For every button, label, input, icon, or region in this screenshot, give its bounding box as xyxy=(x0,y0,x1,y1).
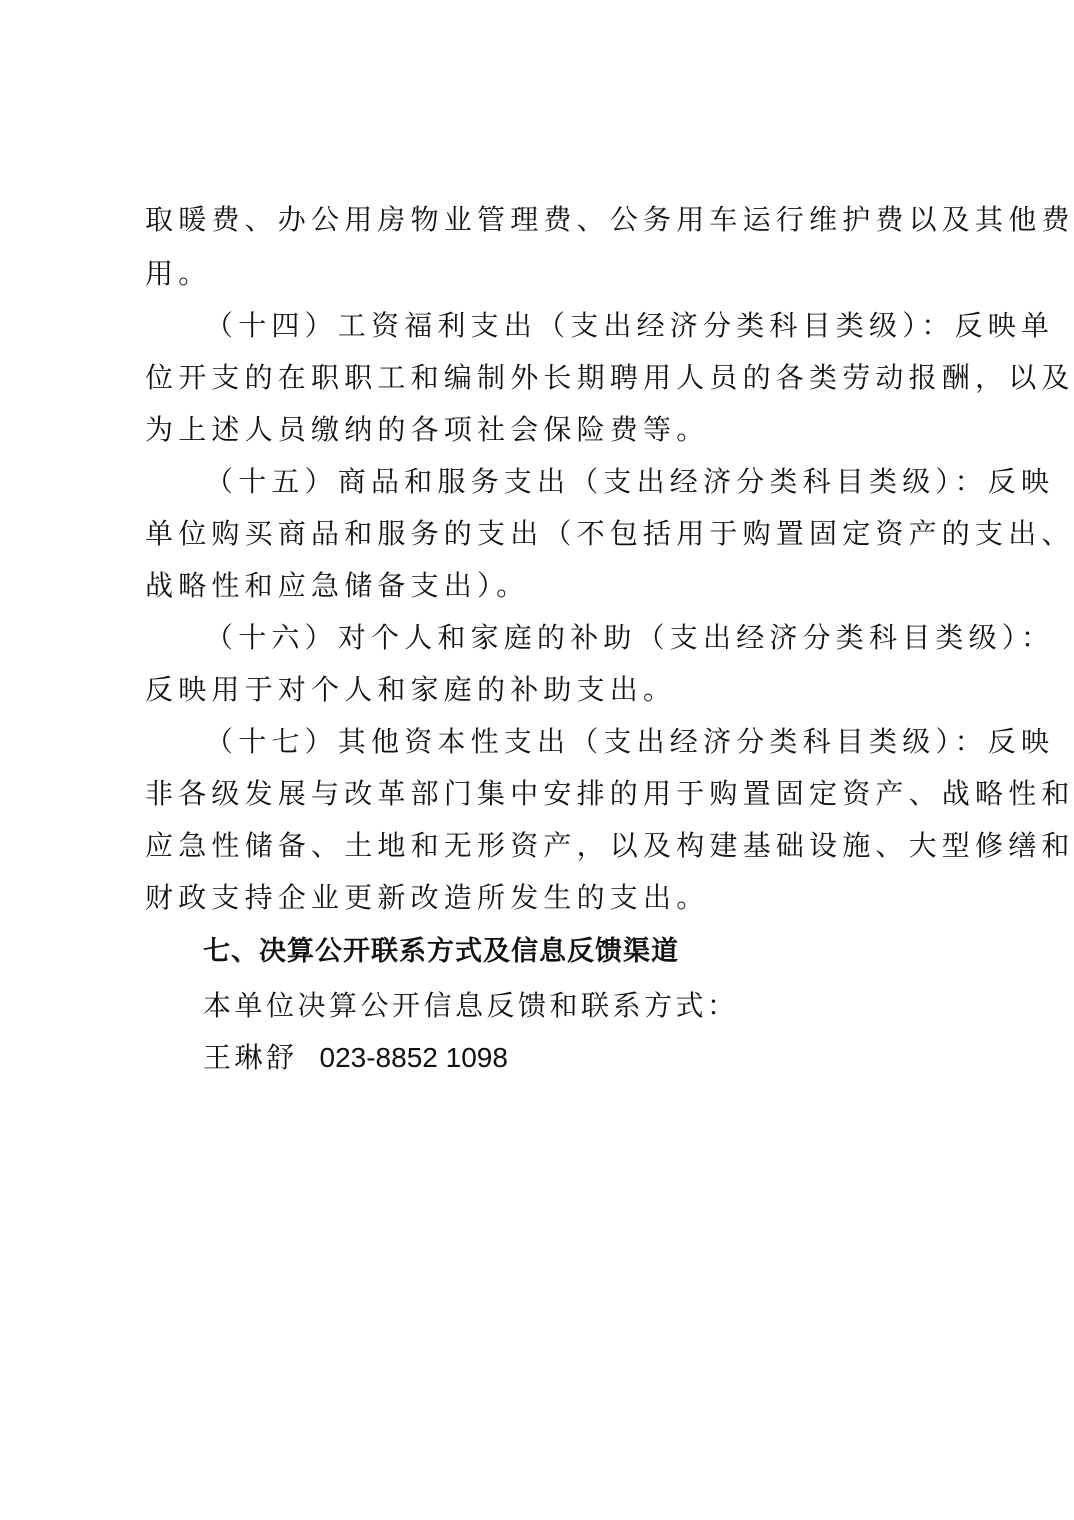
paragraph-line: 非各级发展与改革部门集中安排的用于购置固定资产、战略性和 xyxy=(145,774,1074,814)
contact-line: 王琳舒023-8852 1098 xyxy=(203,1038,508,1078)
paragraph-line: 位开支的在职职工和编制外长期聘用人员的各类劳动报酬，以及 xyxy=(145,358,1074,398)
contact-intro: 本单位决算公开信息反馈和联系方式： xyxy=(203,986,739,1026)
item-17-title-line: （十七）其他资本性支出（支出经济分类科目类级）：反映 xyxy=(205,722,1054,762)
paragraph-line: 财政支持企业更新改造所发生的支出。 xyxy=(145,878,709,918)
paragraph-line: 应急性储备、土地和无形资产，以及构建基础设施、大型修缮和 xyxy=(145,826,1074,866)
paragraph-line: 为上述人员缴纳的各项社会保险费等。 xyxy=(145,410,709,450)
section-heading: 七、决算公开联系方式及信息反馈渠道 xyxy=(203,932,679,972)
paragraph-line: 单位购买商品和服务的支出（不包括用于购置固定资产的支出、 xyxy=(145,514,1074,554)
item-15-title-line: （十五）商品和服务支出（支出经济分类科目类级）：反映 xyxy=(205,462,1054,502)
contact-name: 王琳舒 xyxy=(203,1041,298,1074)
item-14-title-line: （十四）工资福利支出（支出经济分类科目类级）：反映单 xyxy=(205,306,1054,346)
paragraph-line: 反映用于对个人和家庭的补助支出。 xyxy=(145,670,676,710)
item-16-title-line: （十六）对个人和家庭的补助（支出经济分类科目类级）： xyxy=(205,618,1054,658)
paragraph-line: 用。 xyxy=(145,254,211,294)
contact-phone: 023-8852 1098 xyxy=(320,1042,508,1073)
paragraph-line: 取暖费、办公用房物业管理费、公务用车运行维护费以及其他费 xyxy=(145,200,1074,240)
paragraph-line: 战略性和应急储备支出）。 xyxy=(145,566,529,606)
